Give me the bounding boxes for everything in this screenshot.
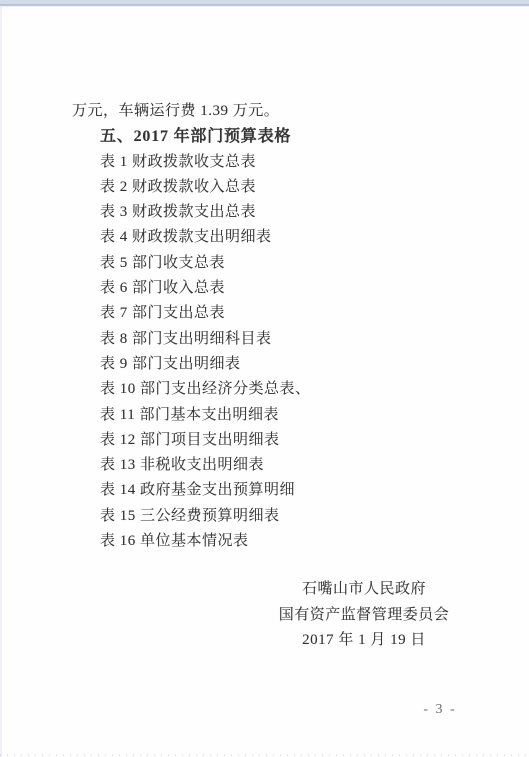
table-list-item-15: 表 15 三公经费预算明细表 [72,504,502,529]
scan-bottom-noise [0,754,529,756]
table-list-item-16: 表 16 单位基本情况表 [72,529,502,554]
scan-left-edge [0,7,2,757]
signature-block: 石嘴山市人民政府 国有资产监督管理委员会 2017 年 1 月 19 日 [254,577,474,654]
table-list-item-8: 表 8 部门支出明细科目表 [72,327,502,352]
table-list-item-6: 表 6 部门收入总表 [72,276,502,301]
signature-date: 2017 年 1 月 19 日 [254,628,474,654]
signature-org-line-2: 国有资产监督管理委员会 [254,603,474,629]
scan-top-edge [0,0,529,7]
table-list-item-14: 表 14 政府基金支出预算明细 [72,478,502,503]
table-list-item-1: 表 1 财政拨款收支总表 [72,150,502,175]
table-list-item-2: 表 2 财政拨款收入总表 [72,175,502,200]
table-list-item-5: 表 5 部门收支总表 [72,251,502,276]
intro-paragraph: 万元，车辆运行费 1.39 万元。 [72,99,502,124]
table-list-item-10: 表 10 部门支出经济分类总表、 [72,377,502,402]
table-list-item-13: 表 13 非税收支出明细表 [72,453,502,478]
section-heading: 五、2017 年部门预算表格 [72,124,502,149]
table-list-item-3: 表 3 财政拨款支出总表 [72,200,502,225]
page-number: - 3 - [406,702,474,718]
document-page: 万元，车辆运行费 1.39 万元。 五、2017 年部门预算表格 表 1 财政拨… [0,0,529,757]
table-list-item-11: 表 11 部门基本支出明细表 [72,403,502,428]
body-text-column: 万元，车辆运行费 1.39 万元。 五、2017 年部门预算表格 表 1 财政拨… [72,99,502,554]
table-list-item-4: 表 4 财政拨款支出明细表 [72,225,502,250]
table-list-item-12: 表 12 部门项目支出明细表 [72,428,502,453]
table-list-item-9: 表 9 部门支出明细表 [72,352,502,377]
table-list-item-7: 表 7 部门支出总表 [72,301,502,326]
signature-org-line-1: 石嘴山市人民政府 [254,577,474,603]
